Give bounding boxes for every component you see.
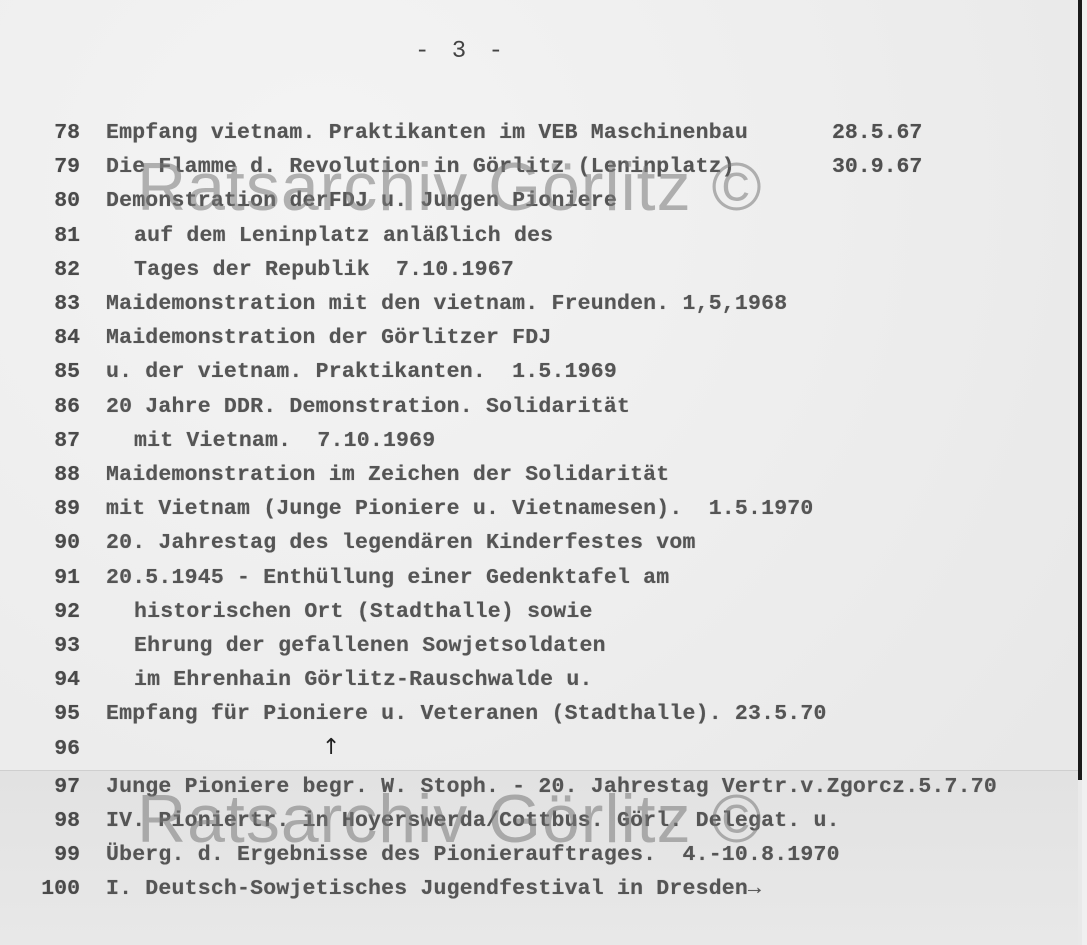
entry-number: 98 bbox=[38, 804, 80, 838]
entry-text: Empfang vietnam. Praktikanten im VEB Mas… bbox=[106, 116, 748, 150]
entry-text: Maidemonstration der Görlitzer FDJ bbox=[106, 321, 551, 355]
entry-row: 88Maidemonstration im Zeichen der Solida… bbox=[0, 458, 1078, 492]
entry-number: 93 bbox=[38, 629, 80, 663]
entry-text: u. der vietnam. Praktikanten. 1.5.1969 bbox=[106, 355, 617, 389]
entry-text: Empfang für Pioniere u. Veteranen (Stadt… bbox=[106, 697, 827, 731]
entry-text: Junge Pioniere begr. W. Stoph. - 20. Jah… bbox=[106, 770, 997, 804]
entry-text: 20 Jahre DDR. Demonstration. Solidarität bbox=[106, 390, 630, 424]
entry-text: Tages der Republik 7.10.1967 bbox=[134, 253, 514, 287]
entry-text: im Ehrenhain Görlitz-Rauschwalde u. bbox=[134, 663, 593, 697]
entry-text: Maidemonstration im Zeichen der Solidari… bbox=[106, 458, 669, 492]
handwritten-arrow-mark: ↑ bbox=[322, 735, 340, 760]
entry-text: IV. Pioniertr. in Hoyerswerda/Cottbus. G… bbox=[106, 804, 840, 838]
entry-row: 80Demonstration derFDJ u. Jungen Pionier… bbox=[0, 184, 1078, 218]
entry-number: 95 bbox=[38, 697, 80, 731]
entry-date: 30.9.67 bbox=[832, 150, 922, 184]
entry-row: 83Maidemonstration mit den vietnam. Freu… bbox=[0, 287, 1078, 321]
entry-row: 82Tages der Republik 7.10.1967 bbox=[0, 253, 1078, 287]
entry-text: I. Deutsch-Sowjetisches Jugendfestival i… bbox=[106, 872, 761, 906]
page-number: - 3 - bbox=[415, 38, 507, 65]
entry-text: 20. Jahrestag des legendären Kinderfeste… bbox=[106, 526, 696, 560]
entry-number: 81 bbox=[38, 219, 80, 253]
entry-date: 28.5.67 bbox=[832, 116, 922, 150]
scan-margin bbox=[1082, 0, 1087, 945]
entry-row: 8620 Jahre DDR. Demonstration. Solidarit… bbox=[0, 390, 1078, 424]
entry-row: 9020. Jahrestag des legendären Kinderfes… bbox=[0, 526, 1078, 560]
entry-row: 85u. der vietnam. Praktikanten. 1.5.1969 bbox=[0, 355, 1078, 389]
entry-row: 92historischen Ort (Stadthalle) sowie bbox=[0, 595, 1078, 629]
entry-row: 96 bbox=[0, 732, 1078, 766]
entry-row: 99Überg. d. Ergebnisse des Pionierauftra… bbox=[0, 838, 1078, 872]
entry-number: 87 bbox=[38, 424, 80, 458]
entry-number: 86 bbox=[38, 390, 80, 424]
entry-row: 9120.5.1945 - Enthüllung einer Gedenktaf… bbox=[0, 561, 1078, 595]
entry-number: 84 bbox=[38, 321, 80, 355]
entry-number: 83 bbox=[38, 287, 80, 321]
entry-row: 87mit Vietnam. 7.10.1969 bbox=[0, 424, 1078, 458]
entry-text: mit Vietnam (Junge Pioniere u. Vietnames… bbox=[106, 492, 814, 526]
entry-row: 94im Ehrenhain Görlitz-Rauschwalde u. bbox=[0, 663, 1078, 697]
entry-number: 82 bbox=[38, 253, 80, 287]
entry-text: Maidemonstration mit den vietnam. Freund… bbox=[106, 287, 787, 321]
entry-row: 89mit Vietnam (Junge Pioniere u. Vietnam… bbox=[0, 492, 1078, 526]
entry-text: mit Vietnam. 7.10.1969 bbox=[134, 424, 435, 458]
entry-row: 79Die Flamme d. Revolution in Görlitz (L… bbox=[0, 150, 1078, 184]
entry-text: 20.5.1945 - Enthüllung einer Gedenktafel… bbox=[106, 561, 669, 595]
entry-number: 79 bbox=[38, 150, 80, 184]
entry-row: 81auf dem Leninplatz anläßlich des bbox=[0, 219, 1078, 253]
entry-number: 92 bbox=[38, 595, 80, 629]
entry-row: 100I. Deutsch-Sowjetisches Jugendfestiva… bbox=[0, 872, 1078, 906]
entry-number: 90 bbox=[38, 526, 80, 560]
entry-number: 100 bbox=[38, 872, 80, 906]
entry-text: Die Flamme d. Revolution in Görlitz (Len… bbox=[106, 150, 735, 184]
entry-number: 94 bbox=[38, 663, 80, 697]
entry-row: 98IV. Pioniertr. in Hoyerswerda/Cottbus.… bbox=[0, 804, 1078, 838]
entry-text: historischen Ort (Stadthalle) sowie bbox=[134, 595, 593, 629]
entry-number: 89 bbox=[38, 492, 80, 526]
entry-number: 96 bbox=[38, 732, 80, 766]
entry-number: 91 bbox=[38, 561, 80, 595]
entry-number: 85 bbox=[38, 355, 80, 389]
entry-row: 93Ehrung der gefallenen Sowjetsoldaten bbox=[0, 629, 1078, 663]
entry-text: auf dem Leninplatz anläßlich des bbox=[134, 219, 553, 253]
entry-row: 97Junge Pioniere begr. W. Stoph. - 20. J… bbox=[0, 770, 1078, 804]
entry-row: 84Maidemonstration der Görlitzer FDJ bbox=[0, 321, 1078, 355]
entry-text: Überg. d. Ergebnisse des Pionierauftrage… bbox=[106, 838, 840, 872]
entry-number: 78 bbox=[38, 116, 80, 150]
entry-text: Demonstration derFDJ u. Jungen Pioniere bbox=[106, 184, 617, 218]
entry-number: 80 bbox=[38, 184, 80, 218]
entry-row: 78Empfang vietnam. Praktikanten im VEB M… bbox=[0, 116, 1078, 150]
entry-number: 99 bbox=[38, 838, 80, 872]
entry-row: 95Empfang für Pioniere u. Veteranen (Sta… bbox=[0, 697, 1078, 731]
entry-number: 97 bbox=[38, 770, 80, 804]
entry-text: Ehrung der gefallenen Sowjetsoldaten bbox=[134, 629, 606, 663]
entry-number: 88 bbox=[38, 458, 80, 492]
